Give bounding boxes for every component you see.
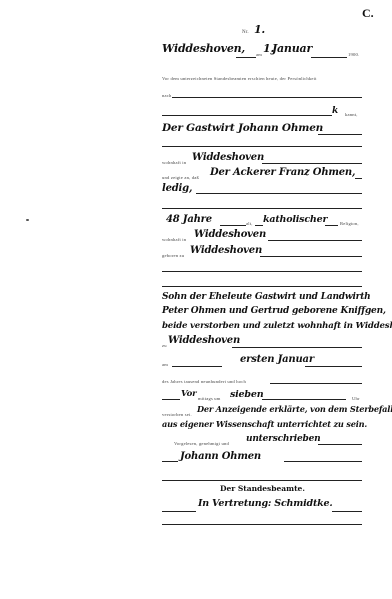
rule [162, 399, 180, 400]
closing-value: unterschrieben [246, 434, 320, 444]
death-date-value: ersten Januar [240, 354, 314, 365]
death-place-value: Widdeshoven [168, 335, 240, 346]
declared-label: und zeigte an, daß [162, 175, 199, 180]
rule [255, 225, 263, 226]
rule [332, 511, 362, 512]
time-value: Vor [181, 389, 196, 399]
record-number: Nr. 1. [242, 18, 265, 37]
born-label: geboren zu [162, 253, 184, 258]
age-label: alt, [246, 221, 253, 226]
place-value: Widdeshoven, [162, 42, 245, 55]
remark-line-1: Der Anzeigende erklärte, von dem Sterbef… [197, 404, 392, 414]
deceased-name: Der Ackerer Franz Ohmen, [210, 167, 355, 178]
residence-label: wohnhaft in [162, 160, 186, 165]
rule [172, 366, 222, 367]
number-value: 1. [254, 23, 265, 36]
intro-line2: nach [162, 93, 171, 98]
rule [162, 115, 332, 116]
rule [318, 134, 362, 135]
informant-name: Der Gastwirt Johann Ohmen [162, 122, 323, 134]
rule [162, 271, 362, 272]
deceased-status: ledig, [162, 183, 192, 194]
informant-signature: Johann Ohmen [180, 451, 261, 462]
dec-residence-label: wohnhaft in [162, 237, 186, 242]
residence-value: Widdeshoven [192, 152, 264, 163]
rule [270, 383, 362, 384]
rule [196, 193, 362, 194]
rule [262, 399, 346, 400]
number-label: Nr. [242, 30, 249, 35]
rule [318, 444, 362, 445]
rule [325, 225, 338, 226]
religion-value: katholischer [263, 214, 327, 225]
rule [162, 146, 362, 147]
rule [262, 163, 362, 164]
death-date-label: am [162, 362, 168, 367]
rule [162, 511, 196, 512]
scan-speck [26, 219, 29, 221]
rule [236, 57, 256, 58]
deceased-label: verstorben sei. [162, 412, 192, 417]
age-value: 48 Jahre [166, 214, 212, 225]
rule [162, 480, 362, 481]
closing-label: Vorgelesen, genehmigt und [174, 441, 229, 446]
rule [162, 208, 362, 209]
religion-label: Religion, [340, 221, 359, 226]
year-line: des Jahres tausend neunhundert und hoch [162, 379, 246, 384]
known-suffix-hand: k [332, 106, 338, 116]
born-value: Widdeshoven [190, 245, 262, 256]
time-label: mittags um [198, 396, 221, 401]
time-hour: sieben [230, 389, 263, 400]
rule [284, 461, 362, 462]
dec-residence-value: Widdeshoven [194, 229, 266, 240]
corner-mark: C. [362, 6, 374, 21]
rule [268, 240, 362, 241]
rule [260, 256, 362, 257]
intro-line: Vor dem unterzeichneten Standesbeamten e… [162, 76, 317, 81]
rule [172, 97, 362, 98]
remark-line-2: aus eigener Wissenschaft unterrichtet zu… [162, 419, 367, 429]
month-value: Januar [272, 42, 312, 55]
rule [220, 225, 246, 226]
parents-line-3: beide verstorben und zuletzt wohnhaft in… [162, 321, 392, 331]
rule [162, 524, 362, 525]
official-heading: Der Standesbeamte. [220, 484, 305, 493]
parents-line-2: Peter Ohmen und Gertrud geborene Kniffge… [162, 306, 386, 316]
rule [305, 366, 362, 367]
known-suffix-print: kannt, [345, 112, 358, 117]
rule [355, 178, 362, 179]
year-value: 1900. [348, 52, 359, 57]
rule [311, 57, 347, 58]
parents-line-1: Sohn der Eheleute Gastwirt und Landwirth [162, 292, 371, 302]
time-suffix: Uhr [352, 396, 360, 401]
rule [162, 286, 362, 287]
official-signature: In Vertretung: Schmidtke. [198, 498, 332, 509]
death-place-label: zu [162, 343, 167, 348]
rule [232, 347, 362, 348]
rule [162, 461, 178, 462]
day-prefix: am [256, 52, 262, 57]
